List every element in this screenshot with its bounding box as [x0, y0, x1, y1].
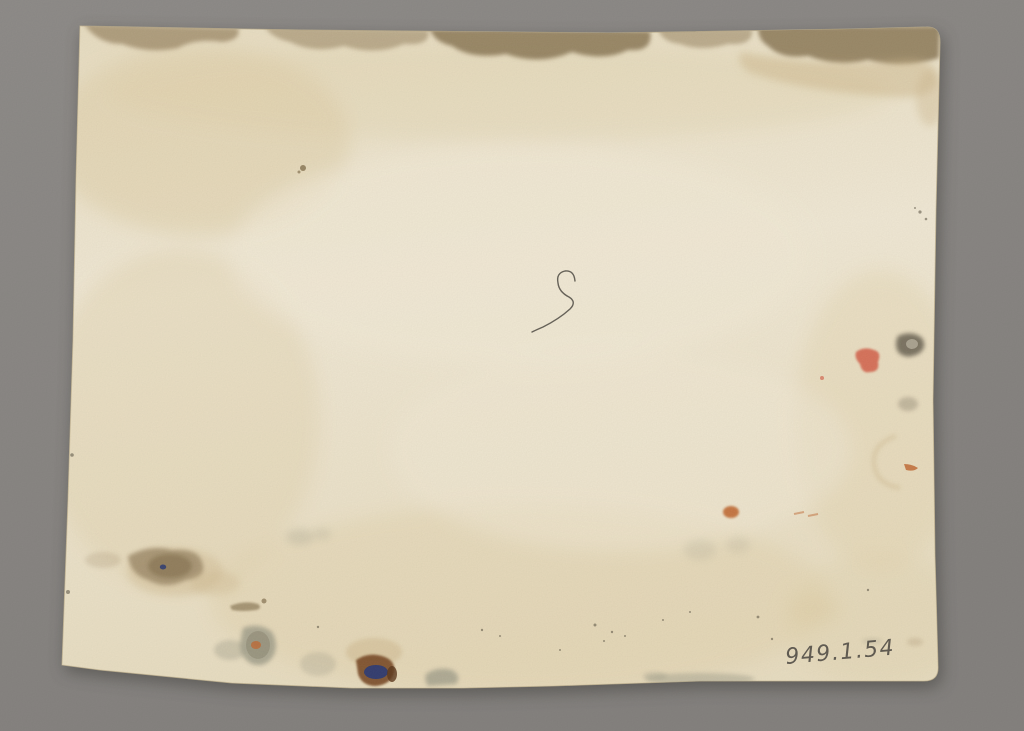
museum-photo: 949.1.54	[0, 0, 1024, 731]
artwork-verso-photo: 949.1.54	[0, 0, 1024, 731]
photo-grain-texture	[0, 0, 1024, 731]
